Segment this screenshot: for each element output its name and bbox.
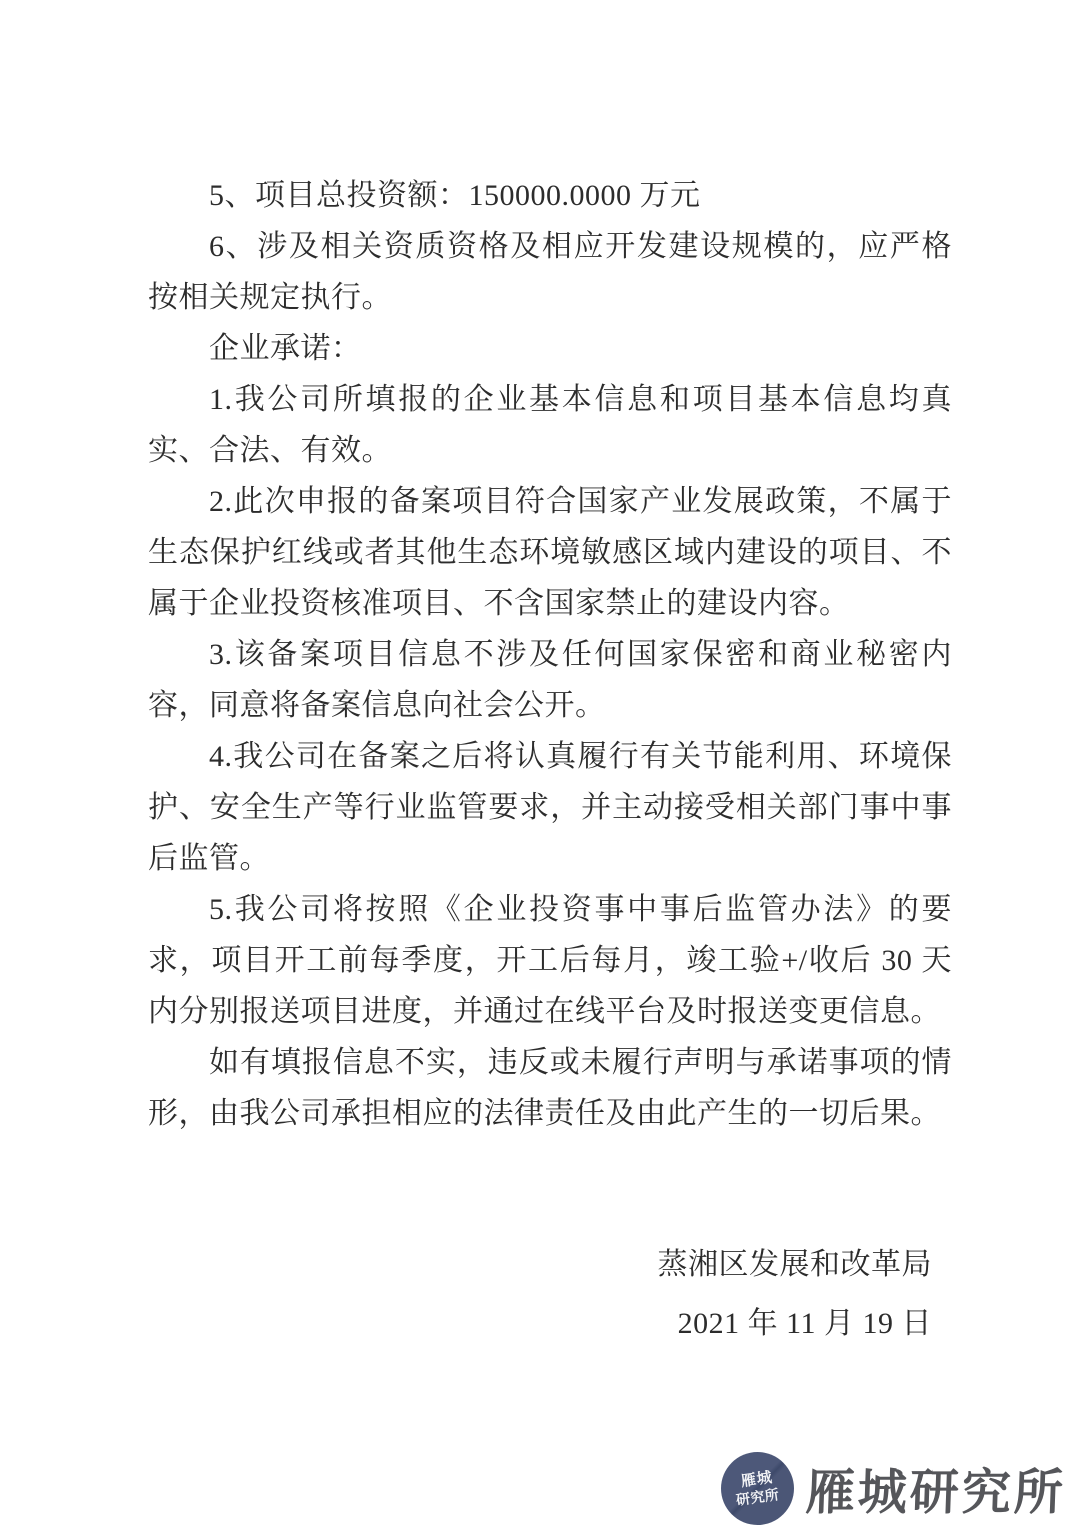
document-page: 5、项目总投资额：150000.0000 万元 6、涉及相关资质资格及相应开发建… bbox=[0, 0, 1080, 1527]
signature-organization: 蒸湘区发展和改革局 bbox=[148, 1235, 932, 1294]
research-institute-badge-icon: 雁城 研究所 bbox=[721, 1452, 794, 1525]
watermark: 雁城 研究所 雁城研究所 bbox=[721, 1452, 1066, 1525]
paragraph-enterprise-commitment-heading: 企业承诺： bbox=[148, 323, 952, 374]
paragraph-item-6-qualifications: 6、涉及相关资质资格及相应开发建设规模的，应严格按相关规定执行。 bbox=[148, 221, 952, 323]
paragraph-liability-statement: 如有填报信息不实，违反或未履行声明与承诺事项的情形，由我公司承担相应的法律责任及… bbox=[148, 1037, 952, 1139]
paragraph-commitment-3: 3.该备案项目信息不涉及任何国家保密和商业秘密内容，同意将备案信息向社会公开。 bbox=[148, 629, 952, 731]
paragraph-commitment-1: 1.我公司所填报的企业基本信息和项目基本信息均真实、合法、有效。 bbox=[148, 374, 952, 476]
paragraph-commitment-4: 4.我公司在备案之后将认真履行有关节能利用、环境保护、安全生产等行业监管要求，并… bbox=[148, 731, 952, 884]
document-body: 5、项目总投资额：150000.0000 万元 6、涉及相关资质资格及相应开发建… bbox=[148, 170, 952, 1353]
paragraph-commitment-2: 2.此次申报的备案项目符合国家产业发展政策，不属于生态保护红线或者其他生态环境敏… bbox=[148, 476, 952, 629]
signature-block: 蒸湘区发展和改革局 2021 年 11 月 19 日 bbox=[148, 1235, 952, 1353]
watermark-logo-text: 雁城研究所 bbox=[805, 1454, 1067, 1524]
paragraph-item-5-total-investment: 5、项目总投资额：150000.0000 万元 bbox=[148, 170, 952, 221]
paragraph-commitment-5: 5.我公司将按照《企业投资事中事后监管办法》的要求，项目开工前每季度，开工后每月… bbox=[148, 884, 952, 1037]
signature-date: 2021 年 11 月 19 日 bbox=[148, 1294, 932, 1353]
